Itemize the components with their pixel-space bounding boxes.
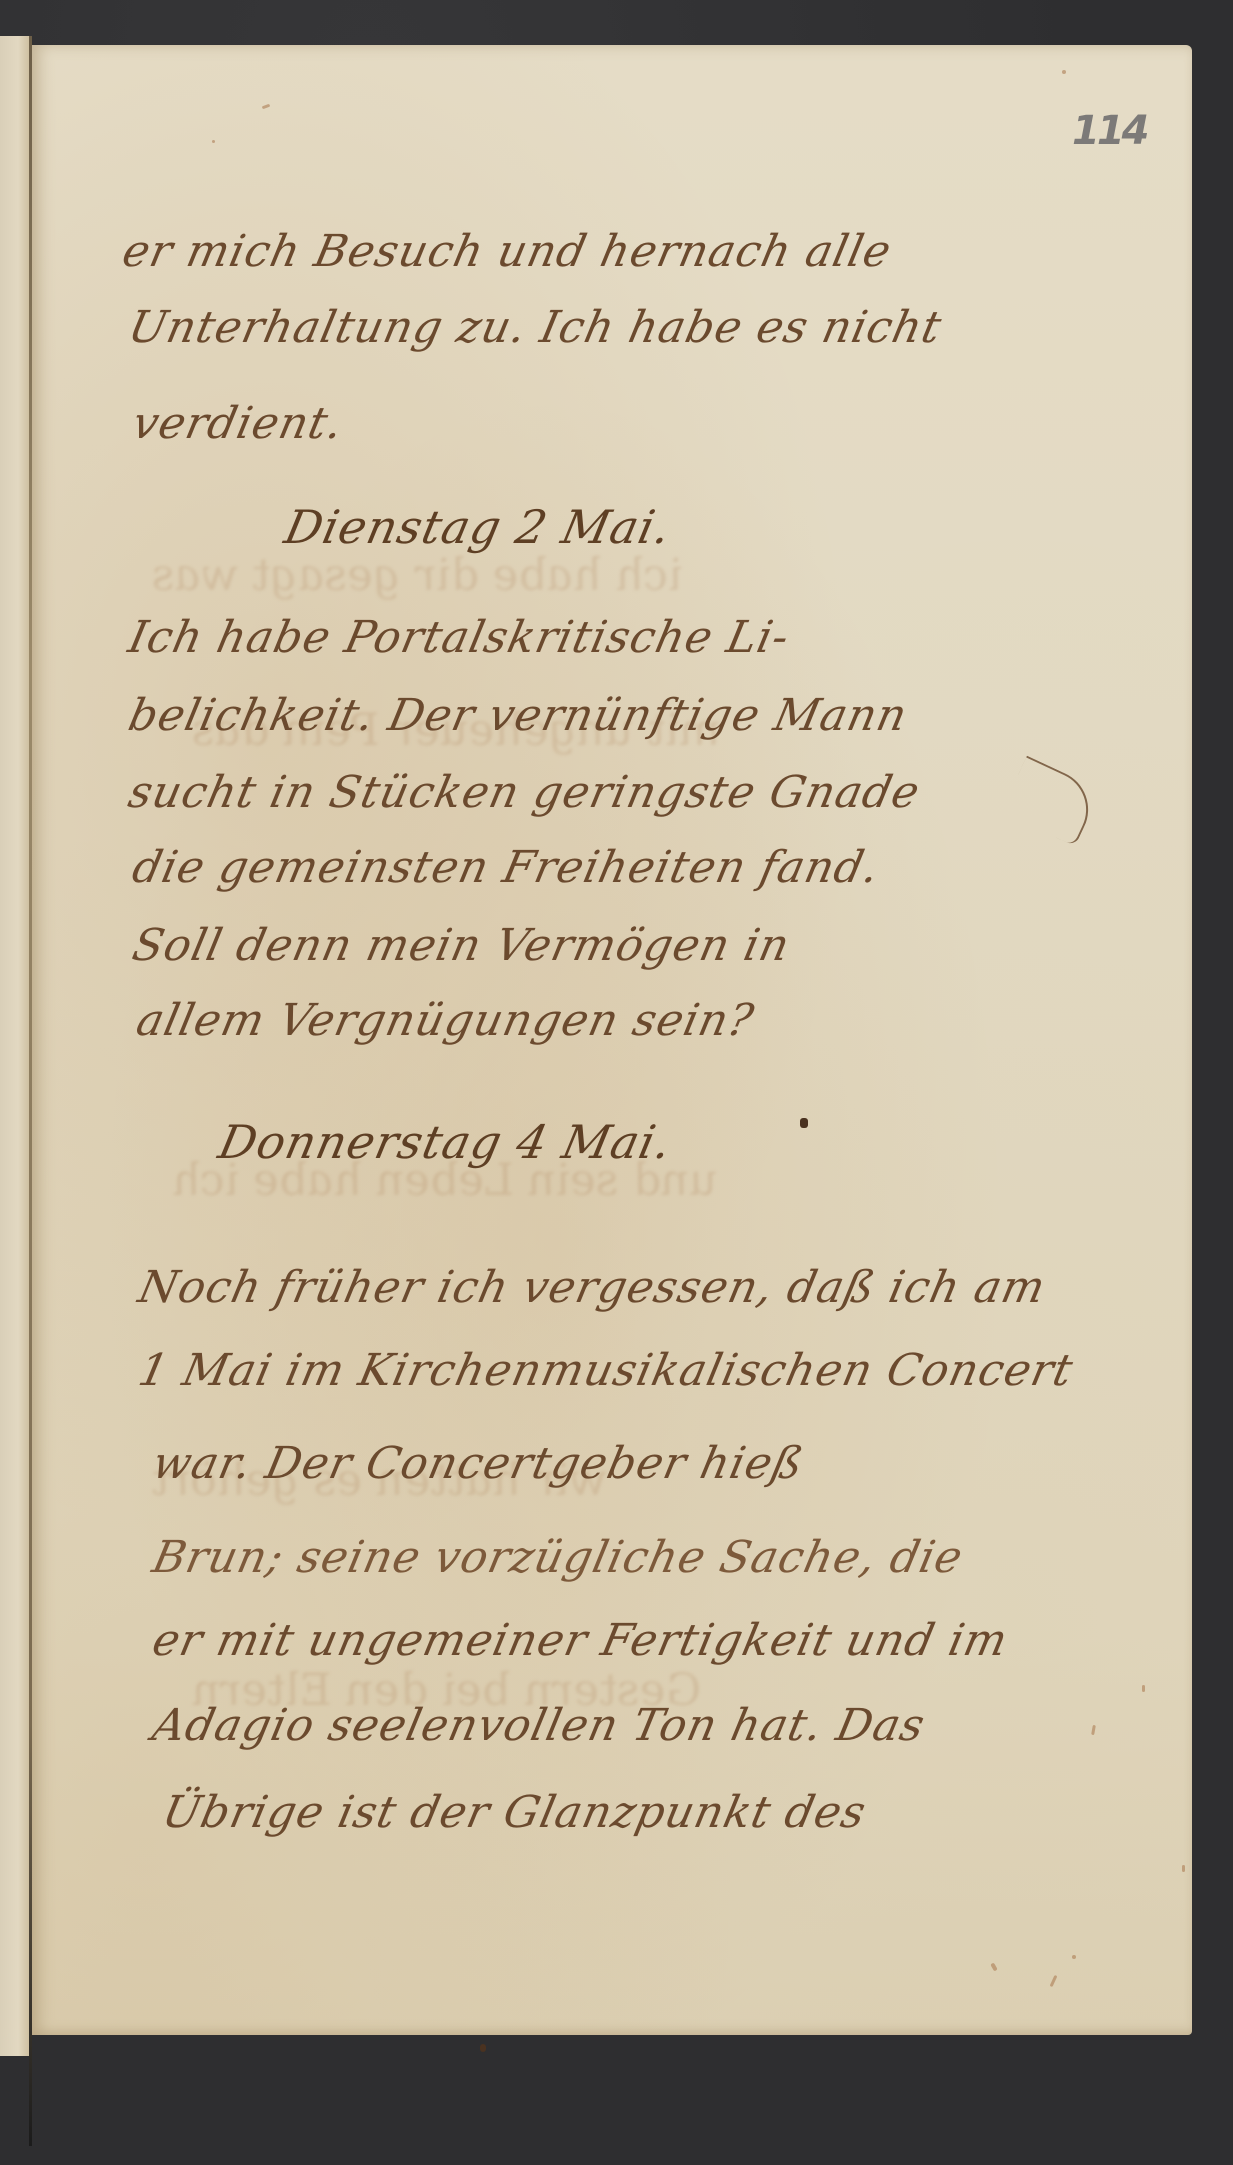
paper-fleck [212, 140, 215, 143]
manuscript-line: verdient. [128, 398, 348, 449]
manuscript-line: Soll denn mein Vermögen in [128, 920, 795, 971]
ink-blot [800, 1118, 808, 1128]
manuscript-line: Adagio seelenvollen Ton hat. Das [148, 1700, 930, 1751]
manuscript-line: Ich habe Portalskritische Li- [124, 612, 794, 663]
ink-bleed-through: ich habe dir gesagt was [148, 550, 687, 601]
manuscript-line: Übrige ist der Glanzpunkt des [158, 1787, 871, 1838]
manuscript-line: 1 Mai im Kirchenmusikalischen Concert [134, 1345, 1078, 1396]
paper-fleck [990, 1963, 997, 1972]
manuscript-line: er mich Besuch und hernach alle [118, 226, 896, 277]
manuscript-line: Unterhaltung zu. Ich habe es nicht [124, 302, 946, 353]
manuscript-line: er mit ungemeiner Fertigkeit und im [148, 1615, 1013, 1666]
paper-fleck [1142, 1685, 1145, 1692]
ink-blot [480, 2044, 486, 2052]
manuscript-line: die gemeinsten Freiheiten fand. [128, 842, 884, 893]
paper-fleck [1182, 1865, 1185, 1872]
manuscript-line: Noch früher ich vergessen, daß ich am [134, 1262, 1050, 1313]
manuscript-line: Brun; seine vorzügliche Sache, die [148, 1532, 968, 1583]
diary-date-heading: Dienstag 2 Mai. [280, 500, 676, 554]
paper-fleck [1091, 1725, 1096, 1735]
paper-fleck [1072, 1955, 1076, 1959]
previous-leaf-edge [0, 36, 31, 2056]
paper-fleck [1062, 70, 1066, 74]
folio-number: 114 [1072, 108, 1147, 154]
paper-fleck [262, 104, 271, 110]
manuscript-line: war. Der Concertgeber hieß [148, 1438, 808, 1489]
paper-fleck [1050, 1975, 1058, 1987]
manuscript-line: belichkeit. Der vernünftige Mann [124, 690, 912, 741]
diary-date-heading: Donnerstag 4 Mai. [214, 1115, 677, 1169]
manuscript-line: sucht in Stücken geringste Gnade [124, 767, 925, 818]
manuscript-line: allem Vergnügungen sein? [132, 995, 759, 1046]
